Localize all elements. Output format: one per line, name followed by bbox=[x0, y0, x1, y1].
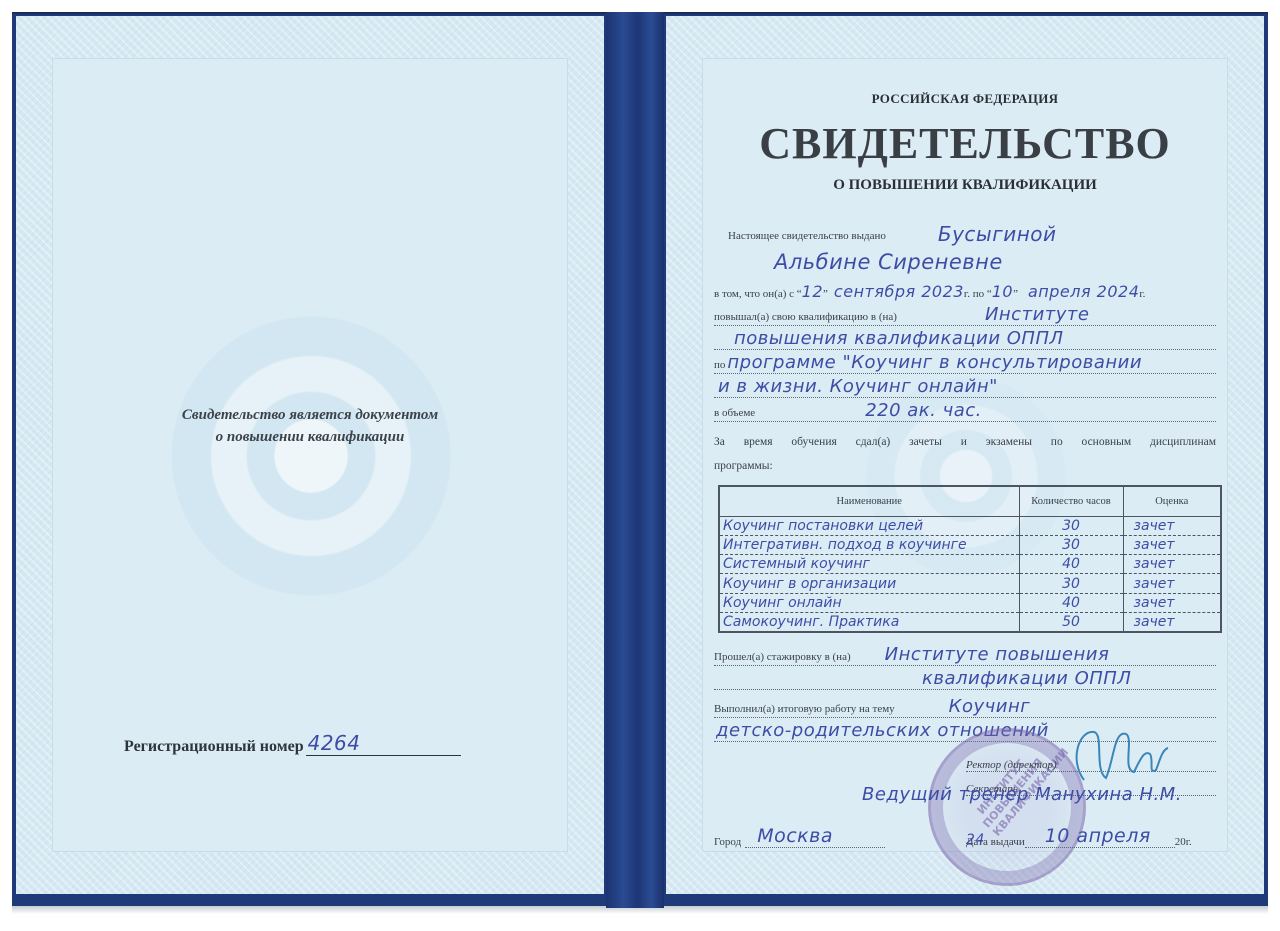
caption-line-2: о повышении квалификации bbox=[16, 426, 604, 448]
cell-grade: зачет bbox=[1123, 516, 1221, 535]
left-page: Свидетельство является документом о повы… bbox=[16, 16, 604, 894]
final-work-row: Выполнил(а) итоговую работу на тему Коуч… bbox=[714, 696, 1216, 718]
volume-row: в объеме 220 ак. час. bbox=[714, 400, 1216, 422]
cell-name: Коучинг онлайн bbox=[719, 593, 1019, 612]
final-work-line-1: Коучинг bbox=[895, 697, 1031, 717]
city-line: Москва bbox=[745, 828, 885, 848]
end-day: 10 bbox=[992, 282, 1013, 302]
issue-date-line: 10 апреля bbox=[1025, 828, 1175, 848]
trainer-note: Ведущий тренер Манухина Н.М. bbox=[862, 784, 1182, 805]
program-line-1: программе "Коучинг в консультировании bbox=[725, 353, 1142, 373]
program-row: по программе "Коучинг в консультировании bbox=[714, 352, 1216, 374]
period-prefix: в том, что он(а) с “ bbox=[714, 288, 802, 302]
internship-line-2: квалификации ОППЛ bbox=[714, 669, 1131, 689]
issue-year-end: г. bbox=[1186, 836, 1192, 848]
program-line-2: и в жизни. Коучинг онлайн" bbox=[714, 377, 998, 397]
city-row: Город Москва bbox=[714, 824, 885, 848]
exams-text-2: программы: bbox=[714, 460, 773, 472]
period-middle: г. по “ bbox=[964, 288, 992, 302]
institution-line-2: повышения квалификации ОППЛ bbox=[714, 329, 1064, 349]
issue-year-prefix: 20 bbox=[1175, 836, 1186, 848]
cell-name: Системный коучинг bbox=[719, 555, 1019, 574]
exams-text: За время обучения сдал(а) зачеты и экзам… bbox=[714, 430, 1216, 454]
issued-to-row: Настоящее свидетельство выдано Бусыгиной bbox=[728, 222, 1216, 244]
table-row: Коучинг онлайн40зачет bbox=[719, 593, 1221, 612]
registration-line: 4264 bbox=[306, 734, 461, 756]
cell-name: Интегративн. подход в коучинге bbox=[719, 535, 1019, 554]
rector-label: Ректор (директор) bbox=[966, 759, 1057, 771]
registration-number-value: 4264 bbox=[308, 731, 361, 755]
institution-line-1: Институте bbox=[897, 305, 1090, 325]
internship-line-1: Институте повышения bbox=[851, 645, 1110, 665]
cell-grade: зачет bbox=[1123, 574, 1221, 593]
header-grade: Оценка bbox=[1123, 486, 1221, 516]
right-page: РОССИЙСКАЯ ФЕДЕРАЦИЯ СВИДЕТЕЛЬСТВО О ПОВ… bbox=[666, 16, 1264, 894]
internship-row-2: квалификации ОППЛ bbox=[714, 668, 1216, 690]
cell-hours: 40 bbox=[1019, 593, 1123, 612]
issued-to-label: Настоящее свидетельство выдано bbox=[728, 230, 886, 244]
internship-row: Прошел(а) стажировку в (на) Институте по… bbox=[714, 644, 1216, 666]
recipient-name-row: Альбине Сиреневне bbox=[714, 250, 1216, 272]
left-caption: Свидетельство является документом о повы… bbox=[16, 404, 604, 448]
table-row: Коучинг в организации30зачет bbox=[719, 574, 1221, 593]
cell-hours: 30 bbox=[1019, 535, 1123, 554]
period-suffix: г. bbox=[1139, 288, 1145, 302]
registration-label: Регистрационный номер bbox=[124, 738, 304, 756]
cell-hours: 30 bbox=[1019, 574, 1123, 593]
cell-hours: 30 bbox=[1019, 516, 1123, 535]
issue-date-row: Дата выдачи 10 апреля 20 24 г. bbox=[966, 824, 1192, 848]
registration-number-field: Регистрационный номер 4264 bbox=[124, 734, 461, 756]
country-heading: РОССИЙСКАЯ ФЕДЕРАЦИЯ bbox=[666, 91, 1264, 107]
program-row-2: и в жизни. Коучинг онлайн" bbox=[714, 376, 1216, 398]
issue-year-value: 24 bbox=[966, 832, 985, 848]
disciplines-table: Наименование Количество часов Оценка Коу… bbox=[718, 485, 1222, 633]
program-label: по bbox=[714, 359, 725, 373]
city-value: Москва bbox=[757, 825, 833, 847]
document-subtitle: О ПОВЫШЕНИИ КВАЛИФИКАЦИИ bbox=[666, 177, 1264, 194]
cell-grade: зачет bbox=[1123, 612, 1221, 631]
cell-name: Самокоучинг. Практика bbox=[719, 612, 1019, 631]
official-stamp: ИНСТИТУТ ПОВЫШЕНИЯ КВАЛИФИКАЦИИ bbox=[928, 728, 1086, 886]
document-title: СВИДЕТЕЛЬСТВО bbox=[666, 118, 1264, 169]
director-signature bbox=[1064, 720, 1174, 790]
table-row: Самокоучинг. Практика50зачет bbox=[719, 612, 1221, 631]
start-day: 12 bbox=[802, 282, 823, 302]
institution-row: повышал(а) свою квалификацию в (на) Инст… bbox=[714, 304, 1216, 326]
header-name: Наименование bbox=[719, 486, 1019, 516]
caption-line-1: Свидетельство является документом bbox=[16, 404, 604, 426]
institution-row-2: повышения квалификации ОППЛ bbox=[714, 328, 1216, 350]
table-row: Интегративн. подход в коучинге30зачет bbox=[719, 535, 1221, 554]
table-row: Коучинг постановки целей30зачет bbox=[719, 516, 1221, 535]
header-hours: Количество часов bbox=[1019, 486, 1123, 516]
volume-value: 220 ак. час. bbox=[755, 401, 982, 421]
cell-grade: зачет bbox=[1123, 593, 1221, 612]
volume-label: в объеме bbox=[714, 407, 755, 421]
internship-label: Прошел(а) стажировку в (на) bbox=[714, 651, 851, 665]
final-work-label: Выполнил(а) итоговую работу на тему bbox=[714, 703, 895, 717]
recipient-surname: Бусыгиной bbox=[886, 224, 1057, 244]
cell-name: Коучинг постановки целей bbox=[719, 516, 1019, 535]
table-row: Системный коучинг40зачет bbox=[719, 555, 1221, 574]
city-label: Город bbox=[714, 836, 741, 848]
issue-date-value: 10 апреля bbox=[1045, 825, 1151, 847]
institution-label: повышал(а) свою квалификацию в (на) bbox=[714, 311, 897, 325]
cell-grade: зачет bbox=[1123, 555, 1221, 574]
recipient-name: Альбине Сиреневне bbox=[714, 252, 1003, 272]
start-month-year: сентября 2023 bbox=[828, 282, 964, 302]
cell-grade: зачет bbox=[1123, 535, 1221, 554]
watermark-rosette bbox=[171, 316, 451, 596]
cell-hours: 40 bbox=[1019, 555, 1123, 574]
period-row: в том, что он(а) с “ 12 ” сентября 2023 … bbox=[714, 280, 1216, 302]
cell-name: Коучинг в организации bbox=[719, 574, 1019, 593]
end-month-year: апреля 2024 bbox=[1018, 282, 1139, 302]
cell-hours: 50 bbox=[1019, 612, 1123, 631]
cover-spine bbox=[606, 12, 664, 908]
